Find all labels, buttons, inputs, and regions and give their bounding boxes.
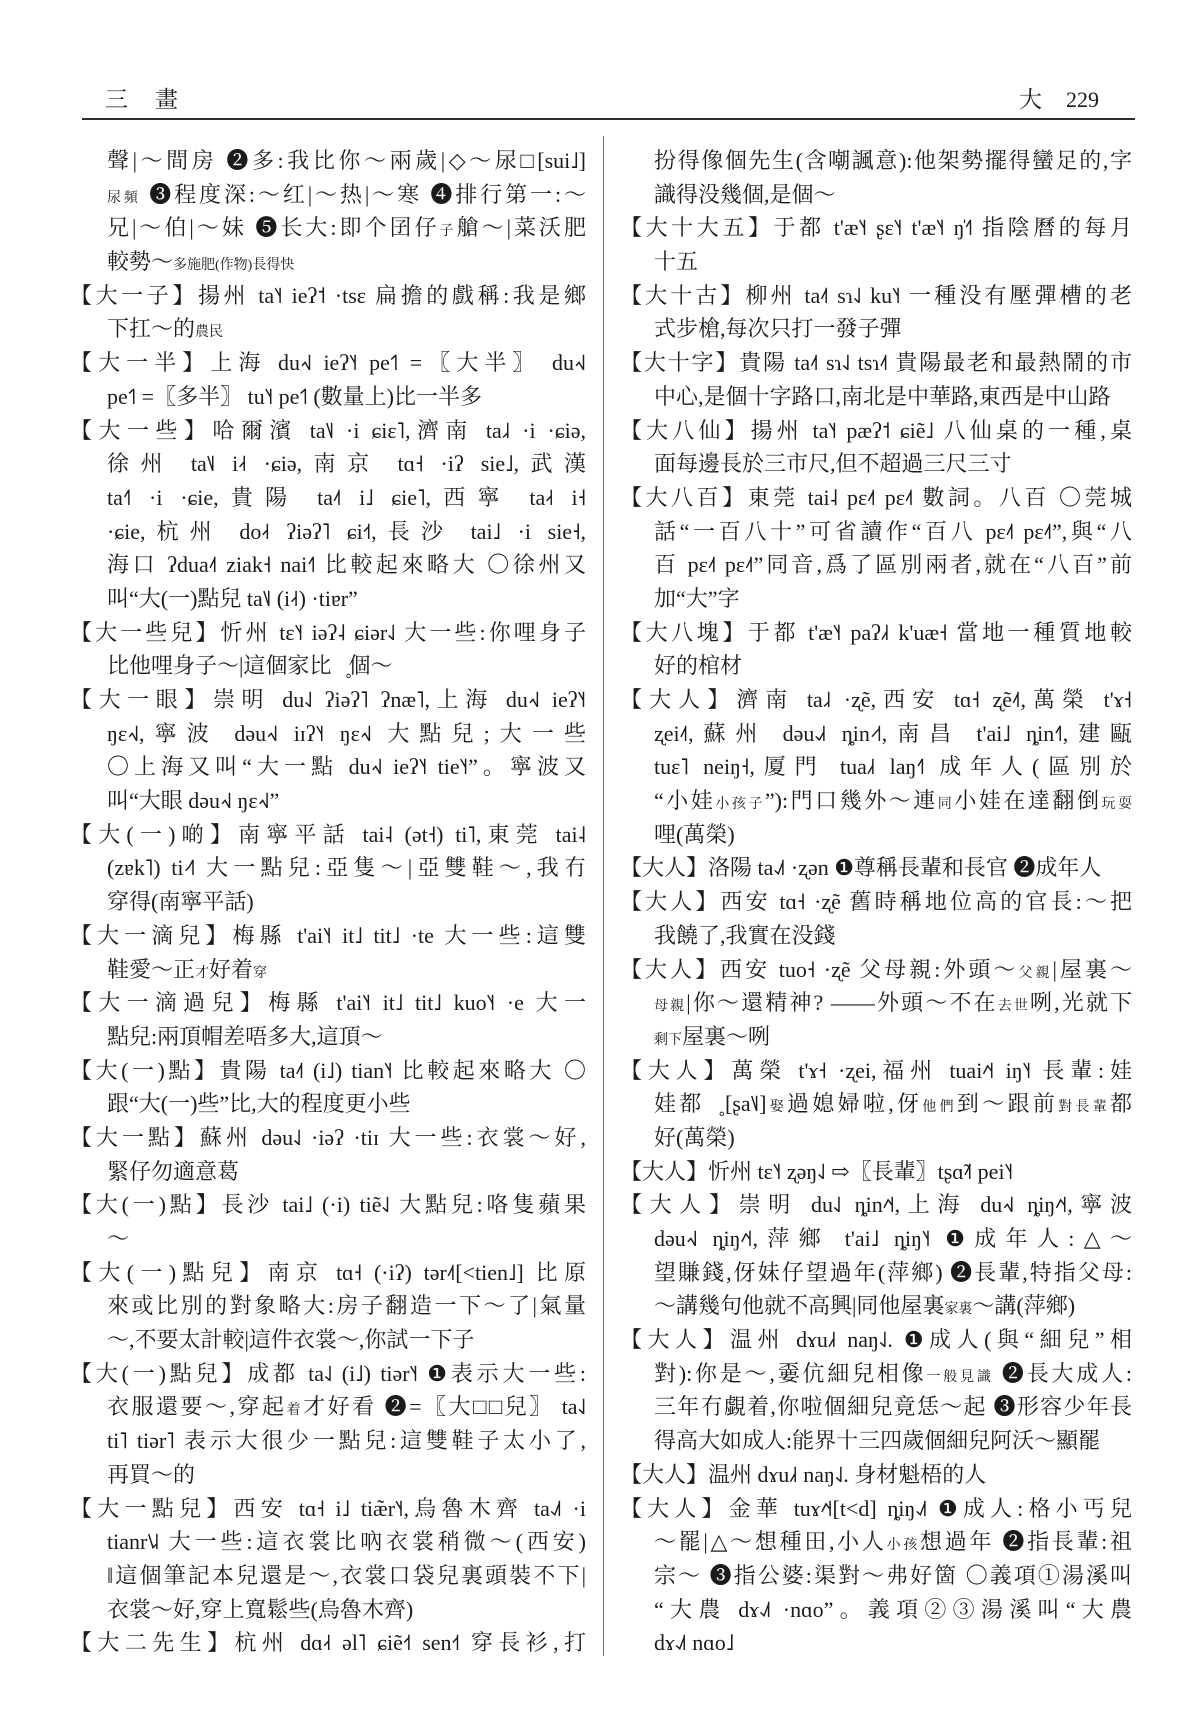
entry-line: 加“大”字 — [620, 582, 1132, 616]
headword-close-bracket: 】 — [194, 1058, 220, 1083]
headword-close-bracket: 】 — [239, 1260, 267, 1285]
headword-open-bracket: 【 — [70, 1630, 97, 1655]
entry-line: 十五 — [620, 245, 1132, 279]
gloss-note: 娶 — [766, 1100, 787, 1115]
entry-line: 【大八塊】于都 t'æ˥˧ paʔ˩˧ k'uæ˧ 當地一種質地較 — [620, 616, 1132, 650]
entry-line: 再買～的 — [70, 1458, 586, 1492]
headword-open-bracket: 【 — [70, 350, 98, 375]
entry-line: 【大人】温州 dɤu˩˧ naŋ˨˩. 身材魁梧的人 — [620, 1458, 1132, 1492]
entry-line: 【大一些】哈爾濱 ta˥˩ ·i ɕiɛ˥,濟南 ta˩˨ ·i ·ɕiə, — [70, 414, 586, 448]
entry-line: 【大(一)點】長沙 tai˩ (·i) tiẽ˨˩ 大點兒:咯隻蘋果 — [70, 1188, 586, 1222]
dictionary-entry: 【大人】金華 tuɤ˨˦˧[t<d] ȵiŋ˨˩˦ ❶成人:格小丐兒～罷|△～想… — [620, 1492, 1132, 1660]
entry-line: 【大人】濟南 ta˩˨ ·ʐẽ,西安 tɑ˧ ʐẽ˨˦,萬榮 t'ɤ˧ — [620, 683, 1132, 717]
entry-headword: 【大(一)啲】 — [70, 822, 238, 847]
entry-line: 穿得(南寧平話) — [70, 885, 586, 919]
entry-line: 【大人】洛陽 ta˨˩˦ ·ʐən ❶尊稱長輩和長官 ❷成年人 — [620, 851, 1132, 885]
entry-line: 徐州 ta˥˩ i˨˧ ·ɕiə,南京 tɑ˧ ·iʔ sie˩,武漢 — [70, 447, 586, 481]
headword-open-bracket: 【 — [620, 1058, 648, 1083]
entry-line: 緊仔勿適意葛 — [70, 1155, 586, 1189]
dictionary-entry: 【大人】崇明 du˨˩ ȵin˨˦˧,上海 du˨˧˩ ȵiŋ˨˦˧,寧波dəu… — [620, 1188, 1132, 1323]
headword-close-bracket: 】 — [704, 1058, 732, 1083]
entry-line: 【大一子】揚州 ta˥˧ ieʔ˦ ·tsɛ 扁擔的戲稱:我是鄉 — [70, 279, 586, 313]
entry-line: 百 pɛ˨˦ pɛ˨˦”同音,爲了區別兩者,就在“八百”前 — [620, 548, 1132, 582]
headword-close-bracket: 】 — [240, 990, 268, 1015]
headword-open-bracket: 【 — [620, 620, 646, 645]
headword-open-bracket: 【 — [70, 822, 98, 847]
entry-line: 式步槍,每次只打一發子彈 — [620, 312, 1132, 346]
headword-close-bracket: 】 — [174, 1125, 200, 1150]
gloss-note: 才 — [195, 966, 209, 981]
headword-text: 大人 — [645, 889, 695, 914]
entry-continuation: 聲|～間房 ❷多:我比你～兩歲|◇～尿□[sui˩]尿頻 ❸程度深:～红|～热|… — [70, 144, 586, 279]
entry-line: 【大一點兒】西安 tɑ˧ i˩ tiæ̃r˥˧,烏魯木齊 ta˨˩˦ ·i — [70, 1492, 586, 1526]
entry-headword: 【大人】 — [620, 687, 736, 712]
entry-line: 面每邊長於三市尺,但不超過三尺三寸 — [620, 447, 1132, 481]
dictionary-entry: 【大(一)點】長沙 tai˩ (·i) tiẽ˨˩ 大點兒:咯隻蘋果～ — [70, 1188, 586, 1255]
entry-line: 比他哩身子～|這個家比未̥個～ — [70, 649, 586, 683]
headword-text: 大人 — [649, 687, 707, 712]
gloss-note: 農民 — [195, 325, 223, 340]
entry-line: 【大八仙】揚州 ta˥˧ pæʔ˦ ɕiẽ˩ 八仙桌的一種,桌 — [620, 414, 1132, 448]
entry-headword: 【大八百】 — [620, 485, 748, 510]
headword-text: 大一子 — [96, 283, 173, 308]
entry-line: ti˥ tiər˥ 表示大很少一點兒:這雙鞋子太小了, — [70, 1424, 586, 1458]
headword-open-bracket: 【 — [620, 687, 649, 712]
headword-text: 大一些 — [98, 418, 183, 443]
dictionary-entry: 【大(一)點兒】成都 ta˨˩ (i˩) tiər˥˧ ❶表示大一些:衣服還要～… — [70, 1357, 586, 1492]
entry-headword: 【大人】 — [620, 1496, 729, 1521]
entry-line: 衣服還要～,穿起着才好看 ❷=〖大□□兒〗 ta˨˩ — [70, 1390, 586, 1424]
entry-headword: 【大人】 — [620, 1159, 708, 1184]
entry-line: 宗～ ❸指公婆:渠對～弗好箇 〇義項①湯溪叫 — [620, 1559, 1132, 1593]
dictionary-entry: 【大人】西安 tɑ˧ ·ʐẽ 舊時稱地位高的官長:～把我饒了,我實在没錢 — [620, 885, 1132, 952]
headword-text: 大人 — [642, 1159, 686, 1184]
entry-headword: 【大八塊】 — [620, 620, 748, 645]
entry-line: 點兒:兩頂帽差唔多大,這頂～ — [70, 1020, 586, 1054]
entry-line: 剩下屋裏～咧 — [620, 1020, 1132, 1054]
entry-line: 【大十古】柳州 ta˨˦ sɿ˨˩ ku˥˧ 一種没有壓彈槽的老 — [620, 279, 1132, 313]
headword-open-bracket: 【 — [70, 1496, 97, 1521]
entry-headword: 【大十古】 — [620, 283, 746, 308]
headword-close-bracket: 】 — [207, 1630, 234, 1655]
entry-line: tianr˥˩˨ 大一些:這衣裳比吶衣裳稍微～(西安) — [70, 1525, 586, 1559]
headword-text: 大人 — [647, 1496, 701, 1521]
headword-close-bracket: 】 — [707, 687, 736, 712]
entry-line: 叫“大(一)點兒 ta˥˩ (i˨˧) ·tiɐr” — [70, 582, 586, 616]
entry-line: 兄|～伯|～妹 ❺长大:即个囝仔子艙～|菜沃肥 — [70, 211, 586, 245]
headword-text: 大(一)點兒 — [96, 1361, 222, 1386]
dictionary-entry: 【大人】濟南 ta˩˨ ·ʐẽ,西安 tɑ˧ ʐẽ˨˦,萬榮 t'ɤ˧ʐei˨˦… — [620, 683, 1132, 851]
entry-headword: 【大一些】 — [70, 418, 212, 443]
headword-text: 大一滴兒 — [97, 923, 205, 948]
headword-text: 大十大五 — [646, 215, 748, 240]
headword-open-bracket: 【 — [620, 350, 644, 375]
headword-close-bracket: 】 — [695, 957, 720, 982]
dictionary-entry: 【大一些兒】忻州 tɛ˥˧ iəʔ˨ ɕiər˨˩ 大一些:你哩身子比他哩身子～… — [70, 616, 586, 683]
dictionary-entry: 【大人】西安 tuo˧ ·ʐẽ 父母親:外頭～父親|屋裏～母親|你～還精神? —… — [620, 953, 1132, 1054]
dictionary-entry: 【大八仙】揚州 ta˥˧ pæʔ˦ ɕiẽ˩ 八仙桌的一種,桌面每邊長於三市尺,… — [620, 414, 1132, 481]
headword-open-bracket: 【 — [620, 957, 645, 982]
gloss-note: 多施肥(作物)長得快 — [173, 258, 294, 273]
entry-line: 來或比別的對象略大:房子翻造一下～了|氣量 — [70, 1289, 586, 1323]
entry-line: pe˦˥ =〖多半〗 tu˥˧ pe˦˥ (數量上)比一半多 — [70, 380, 586, 414]
entry-line: tuɛ˥ neiŋ˧,厦門 tua˩˧ laŋ˧˥ 成年人(區別於 — [620, 750, 1132, 784]
entry-line: 哩(萬榮) — [620, 818, 1132, 852]
headword-text: 大八塊 — [646, 620, 723, 645]
headword-open-bracket: 【 — [70, 1260, 98, 1285]
headword-text: 大一點兒 — [97, 1496, 206, 1521]
headword-close-bracket: 】 — [195, 620, 220, 645]
headword-open-bracket: 【 — [70, 1125, 96, 1150]
entry-headword: 【大人】 — [620, 889, 721, 914]
dictionary-entry: 【大十古】柳州 ta˨˦ sɿ˨˩ ku˥˧ 一種没有壓彈槽的老式步槍,每次只打… — [620, 279, 1132, 346]
headword-text: 大一半 — [98, 350, 182, 375]
headword-text: 大(一)點兒 — [98, 1260, 239, 1285]
entry-line: 【大(一)啲】南寧平話 tai˨ (ət˧) ti˥,東莞 tai˨ — [70, 818, 586, 852]
headword-close-bracket: 】 — [720, 283, 745, 308]
dictionary-entry: 【大人】萬榮 t'ɤ˧ ·ʐei,福州 tuai˨˦˧ iŋ˥˧ 長輩:娃娃都生… — [620, 1054, 1132, 1155]
dictionary-entry: 【大一眼】崇明 du˨˩ ʔiəʔ˥ ʔnæ˥,上海 du˨˧˩ ieʔ˥˧ŋɛ… — [70, 683, 586, 818]
headword-close-bracket: 】 — [686, 1159, 708, 1184]
headword-open-bracket: 【 — [620, 418, 646, 443]
dictionary-entry: 【大八百】東莞 tai˨ pɛ˨˦ pɛ˨˦ 數詞。八百 〇莞城話“一百八十”可… — [620, 481, 1132, 616]
entry-headword: 【大人】 — [620, 1462, 708, 1487]
header-rule — [82, 118, 1135, 120]
entry-line: 扮得像個先生(含嘲諷意):他架勢擺得蠻足的,字 — [620, 144, 1132, 178]
entry-line: 望賺錢,伢妹仔望過年(萍鄉) ❷長輩,特指父母: — [620, 1256, 1132, 1290]
gloss-note: 同 — [938, 797, 955, 812]
headword-close-bracket: 】 — [205, 923, 232, 948]
headword-close-bracket: 】 — [182, 350, 210, 375]
headword-close-bracket: 】 — [172, 283, 198, 308]
entry-headword: 【大人】 — [620, 855, 708, 880]
headword-close-bracket: 】 — [725, 418, 751, 443]
dictionary-entry: 【大一些】哈爾濱 ta˥˩ ·i ɕiɛ˥,濟南 ta˩˨ ·i ·ɕiə,徐州… — [70, 414, 586, 616]
entry-headword: 【大(一)點】 — [70, 1058, 219, 1083]
entry-line: ～ — [70, 1222, 586, 1256]
dictionary-entry: 【大一點兒】西安 tɑ˧ i˩ tiæ̃r˥˧,烏魯木齊 ta˨˩˦ ·itia… — [70, 1492, 586, 1627]
headword-open-bracket: 【 — [70, 620, 95, 645]
entry-line: 【大人】西安 tuo˧ ·ʐẽ 父母親:外頭～父親|屋裏～ — [620, 953, 1132, 987]
headword-close-bracket: 】 — [695, 889, 720, 914]
entry-line: 【大(一)點】貴陽 ta˨˦ (i˩) tian˥˧ 比較起來略大 〇 — [70, 1054, 586, 1088]
headword-open-bracket: 【 — [620, 1327, 648, 1352]
headword-close-bracket: 】 — [196, 1192, 222, 1217]
entry-line: 【大一點】蘇州 dəu˨˩ ·iəʔ ·tiɪ 大一些:衣裳～好, — [70, 1121, 586, 1155]
entry-line: “小娃小孩子”):門口幾外～連同小娃在達翻倒玩耍 — [620, 784, 1132, 818]
dictionary-entry: 【大人】洛陽 ta˨˩˦ ·ʐən ❶尊稱長輩和長官 ❷成年人 — [620, 851, 1132, 885]
headword-text: 大一滴過兒 — [98, 990, 239, 1015]
entry-line: 海口 ʔdua˨˦ ziak˧ nai˧˥ 比較起來略大 〇徐州又 — [70, 548, 586, 582]
entry-line: 【大一些兒】忻州 tɛ˥˧ iəʔ˨ ɕiər˨˩ 大一些:你哩身子 — [70, 616, 586, 650]
headword-open-bracket: 【 — [70, 687, 99, 712]
headword-text: 大一眼 — [99, 687, 185, 712]
entry-line: dɤ˨˩˦ nɑo˩ — [620, 1626, 1132, 1660]
headword-text: 大(一)點 — [96, 1058, 194, 1083]
headword-open-bracket: 【 — [620, 1496, 647, 1521]
entry-continuation: 扮得像個先生(含嘲諷意):他架勢擺得蠻足的,字識得没幾個,是個～ — [620, 144, 1132, 211]
entry-line: ～講幾句他就不高興|同他屋裏家裏～講(萍鄉) — [620, 1289, 1132, 1323]
gloss-note: 剩下 — [654, 1033, 682, 1048]
headword-open-bracket: 【 — [620, 485, 646, 510]
entry-line: 衣裳～好,穿上寬鬆些(烏魯木齊) — [70, 1593, 586, 1627]
entry-headword: 【大一點兒】 — [70, 1496, 234, 1521]
headword-open-bracket: 【 — [70, 1361, 96, 1386]
headword-open-bracket: 【 — [620, 283, 645, 308]
entry-line: 跟“大(一)些”比,大的程度更小些 — [70, 1087, 586, 1121]
entry-line: 好(萬榮) — [620, 1121, 1132, 1155]
headword-text: 大人 — [642, 855, 686, 880]
headword-open-bracket: 【 — [620, 1159, 642, 1184]
entry-headword: 【大一點】 — [70, 1125, 200, 1150]
headword-open-bracket: 【 — [70, 1192, 96, 1217]
entry-headword: 【大一子】 — [70, 283, 198, 308]
entry-line: 【大二先生】杭州 dɑ˨˧ əl˥ ɕiẽ˧˦ sen˧˦ 穿長衫,打 — [70, 1626, 586, 1660]
headword-close-bracket: 】 — [702, 1496, 729, 1521]
headword-text: 大人 — [645, 957, 695, 982]
gloss-note: 小孩子 — [715, 797, 765, 812]
entry-headword: 【大一眼】 — [70, 687, 213, 712]
headword-close-bracket: 】 — [748, 215, 774, 240]
headword-close-bracket: 】 — [703, 1327, 731, 1352]
entry-line: ta˧˥ ·i ·ɕie,貴陽 ta˨˦ i˩ ɕie˥,西寧 ta˨˧ i˧ — [70, 481, 586, 515]
dictionary-entry: 【大二先生】杭州 dɑ˨˧ əl˥ ɕiẽ˧˦ sen˧˦ 穿長衫,打 — [70, 1626, 586, 1660]
entry-line: “大農 dɤ˨˩˦ ·nɑo”。義項②③湯溪叫“大農 — [620, 1593, 1132, 1627]
running-head-section: 三 畫 — [105, 86, 180, 114]
entry-line: 娃都生̥[ʂa˥˩]娶過媳婦啦,伢他們到～跟前對長輩都 — [620, 1087, 1132, 1121]
entry-line: 對):你是～,嫑伉細兒相像一般見識 ❷長大成人: — [620, 1357, 1132, 1391]
dictionary-entry: 【大一滴兒】梅縣 t'ai˥˧ it˩ tit˩ ·te 大一些:這雙鞋愛～正才… — [70, 919, 586, 986]
headword-close-bracket: 】 — [686, 1462, 708, 1487]
headword-text: 大(一)啲 — [98, 822, 210, 847]
gloss-note: 對長輩 — [1058, 1100, 1110, 1115]
headword-close-bracket: 】 — [686, 855, 708, 880]
entry-line: ʐei˨˦,蘇州 dəu˨˩˧ ȵin˨˧˦,南昌 t'ai˩ ȵin˧˥,建甌 — [620, 717, 1132, 751]
gloss-note: 父親 — [1018, 966, 1052, 981]
headword-open-bracket: 【 — [70, 418, 98, 443]
left-column: 聲|～間房 ❷多:我比你～兩歲|◇～尿□[sui˩]尿頻 ❸程度深:～红|～热|… — [70, 144, 586, 1660]
entry-line: 【大人】萬榮 t'ɤ˧ ·ʐei,福州 tuai˨˦˧ iŋ˥˧ 長輩:娃 — [620, 1054, 1132, 1088]
entry-line: 【大人】金華 tuɤ˨˦˧[t<d] ȵiŋ˨˩˦ ❶成人:格小丐兒 — [620, 1492, 1132, 1526]
entry-headword: 【大十字】 — [620, 350, 739, 375]
headword-close-bracket: 】 — [221, 1361, 247, 1386]
gloss-note: 着 — [287, 1403, 304, 1418]
gloss-note: 家裏 — [944, 1302, 972, 1317]
entry-line: 識得没幾個,是個～ — [620, 178, 1132, 212]
dictionary-entry: 【大一半】上海 du˨˧˩ ieʔ˥˧ pe˦˥ =〖大半〗 du˨˧˩pe˦˥… — [70, 346, 586, 413]
entry-line: 【大人】西安 tɑ˧ ·ʐẽ 舊時稱地位高的官長:～把 — [620, 885, 1132, 919]
entry-line: 三年冇覷着,你啦個細兒竟恁～起 ❸形容少年長 — [620, 1390, 1132, 1424]
entry-line: 較勢～多施肥(作物)長得快 — [70, 245, 586, 279]
headword-close-bracket: 】 — [210, 822, 238, 847]
entry-line: 【大八百】東莞 tai˨ pɛ˨˦ pɛ˨˦ 數詞。八百 〇莞城 — [620, 481, 1132, 515]
entry-headword: 【大一半】 — [70, 350, 210, 375]
entry-line: 中心,是個十字路口,南北是中華路,東西是中山路 — [620, 380, 1132, 414]
gloss-note: 玩耍 — [1101, 797, 1132, 812]
dictionary-entry: 【大(一)點】貴陽 ta˨˦ (i˩) tian˥˧ 比較起來略大 〇跟“大(一… — [70, 1054, 586, 1121]
entry-line: 聲|～間房 ❷多:我比你～兩歲|◇～尿□[sui˩] — [70, 144, 586, 178]
headword-text: 大二先生 — [97, 1630, 207, 1655]
dictionary-entry: 【大一點】蘇州 dəu˨˩ ·iəʔ ·tiɪ 大一些:衣裳～好,緊仔勿適意葛 — [70, 1121, 586, 1188]
entry-line: ŋɛ˨˧˩,寧波 dəu˨˧˩ iɪʔ˥˧ ŋɛ˨˧˩ 大點兒;大一些 — [70, 717, 586, 751]
entry-line: 【大一眼】崇明 du˨˩ ʔiəʔ˥ ʔnæ˥,上海 du˨˧˩ ieʔ˥˧ — [70, 683, 586, 717]
entry-line: 【大一滴兒】梅縣 t'ai˥˧ it˩ tit˩ ·te 大一些:這雙 — [70, 919, 586, 953]
headword-text: 大(一)點 — [96, 1192, 196, 1217]
entry-headword: 【大人】 — [620, 1058, 731, 1083]
entry-line: ～罷|△～想種田,小人小孩想過年 ❷指長輩:祖 — [620, 1525, 1132, 1559]
entry-line: 好的棺材 — [620, 649, 1132, 683]
entry-line: 【大十字】貴陽 ta˨˦ sɿ˨˩ tsɿ˨˦ 貴陽最老和最熱鬧的市 — [620, 346, 1132, 380]
headword-close-bracket: 】 — [722, 485, 748, 510]
entry-line: 我饒了,我實在没錢 — [620, 919, 1132, 953]
entry-line: dəu˨˧˩ ȵiŋ˨˦˧,萍鄉 t'ai˩ ȵiŋ˥˧ ❶成年人:△～ — [620, 1222, 1132, 1256]
gloss-note: 尿頻 — [107, 191, 141, 206]
entry-headword: 【大(一)點兒】 — [70, 1361, 247, 1386]
headword-close-bracket: 】 — [184, 418, 212, 443]
entry-line: 鞋愛～正才好着穿 — [70, 953, 586, 987]
headword-open-bracket: 【 — [70, 923, 97, 948]
headword-open-bracket: 【 — [70, 990, 98, 1015]
dictionary-entry: 【大十字】貴陽 ta˨˦ sɿ˨˩ tsɿ˨˦ 貴陽最老和最熱鬧的市中心,是個十… — [620, 346, 1132, 413]
headword-open-bracket: 【 — [70, 283, 96, 308]
headword-open-bracket: 【 — [620, 1462, 642, 1487]
entry-line: 下扛～的農民 — [70, 312, 586, 346]
entry-headword: 【大一滴過兒】 — [70, 990, 268, 1015]
entry-line: 【大(一)點兒】南京 tɑ˧ (·iʔ) tər˨˦[<tien˩] 比原 — [70, 1256, 586, 1290]
headword-open-bracket: 【 — [70, 1058, 96, 1083]
headword-open-bracket: 【 — [620, 855, 642, 880]
entry-headword: 【大一滴兒】 — [70, 923, 232, 948]
entry-headword: 【大(一)點】 — [70, 1192, 221, 1217]
entry-line: (zɐk˥) ti˨˧˥ 大一點兒:亞隻～|亞雙鞋～,我冇 — [70, 851, 586, 885]
entry-line: 得高大如成人:能界十三四歲個細兒阿沃～顯罷 — [620, 1424, 1132, 1458]
gloss-note: 穿 — [253, 966, 267, 981]
gloss-note: 子 — [440, 224, 457, 239]
gloss-note: 他們 — [922, 1100, 957, 1115]
headword-close-bracket: 】 — [206, 1496, 233, 1521]
entry-line: 【大人】温州 dɤu˩˧ naŋ˨˩. ❶成人(與“細兒”相 — [620, 1323, 1132, 1357]
entry-headword: 【大人】 — [620, 1192, 739, 1217]
headword-text: 大一點 — [96, 1125, 174, 1150]
headword-text: 大人 — [650, 1192, 709, 1217]
entry-line: 【大一半】上海 du˨˧˩ ieʔ˥˧ pe˦˥ =〖大半〗 du˨˧˩ — [70, 346, 586, 380]
page-number: 229 — [1066, 86, 1099, 114]
headword-close-bracket: 】 — [184, 687, 213, 712]
entry-line: 〇上海又叫“大一點 du˨˧˩ ieʔ˥˧ tie˥˧”。寧波又 — [70, 750, 586, 784]
gloss-note: 去世 — [998, 999, 1030, 1014]
headword-text: 大一些兒 — [95, 620, 195, 645]
dictionary-entry: 【大一滴過兒】梅縣 t'ai˥˧ it˩ tit˩ kuo˥˧ ·e 大一點兒:… — [70, 986, 586, 1053]
headword-close-bracket: 】 — [722, 620, 748, 645]
headword-text: 大八百 — [646, 485, 723, 510]
dictionary-entry: 【大一子】揚州 ta˥˧ ieʔ˦ ·tsɛ 扁擔的戲稱:我是鄉下扛～的農民 — [70, 279, 586, 346]
headword-close-bracket: 】 — [709, 1192, 739, 1217]
entry-line: ～,不要太計較|這件衣裳～,你試一下子 — [70, 1323, 586, 1357]
headword-close-bracket: 】 — [715, 350, 739, 375]
dictionary-entry: 【大(一)點兒】南京 tɑ˧ (·iʔ) tər˨˦[<tien˩] 比原來或比… — [70, 1256, 586, 1357]
dictionary-entry: 【大人】温州 dɤu˩˧ naŋ˨˩. 身材魁梧的人 — [620, 1458, 1132, 1492]
headword-open-bracket: 【 — [620, 889, 645, 914]
dictionary-entry: 【大人】温州 dɤu˩˧ naŋ˨˩. ❶成人(與“細兒”相對):你是～,嫑伉細… — [620, 1323, 1132, 1458]
entry-line: 【大人】崇明 du˨˩ ȵin˨˦˧,上海 du˨˧˩ ȵiŋ˨˦˧,寧波 — [620, 1188, 1132, 1222]
entry-line: 【大一滴過兒】梅縣 t'ai˥˧ it˩ tit˩ kuo˥˧ ·e 大一 — [70, 986, 586, 1020]
headword-text: 大十古 — [645, 283, 720, 308]
headword-open-bracket: 【 — [620, 1192, 650, 1217]
gloss-note: 小孩 — [887, 1538, 920, 1553]
entry-line: 叫“大眼 dəu˨˧˩ ŋɛ˨˧˩” — [70, 784, 586, 818]
dictionary-entry: 【大人】忻州 tɛ˥˧ ʐəŋ˨˩ ⇨〖長輩〗tʂɑ̃˨˦ pei˥˧ — [620, 1155, 1132, 1189]
entry-headword: 【大人】 — [620, 957, 720, 982]
entry-headword: 【大八仙】 — [620, 418, 751, 443]
entry-headword: 【大一些兒】 — [70, 620, 221, 645]
running-head-guide-char: 大 — [1019, 86, 1042, 114]
headword-text: 大人 — [642, 1462, 686, 1487]
column-divider — [603, 136, 604, 1656]
dictionary-entry: 【大十大五】于都 t'æ˥˧ ʂɛ˥˧ t'æ˥˧ ŋ̍˧˥ 指陰曆的每月十五 — [620, 211, 1132, 278]
gloss-note: 一般見識 — [926, 1370, 993, 1385]
entry-line: 話“一百八十”可省讀作“百八 pɛ˨˦ pɛ˨˦”,與“八 — [620, 515, 1132, 549]
entry-headword: 【大(一)點兒】 — [70, 1260, 268, 1285]
entry-line: 尿頻 ❸程度深:～红|～热|～寒 ❹排行第一:～ — [70, 178, 586, 212]
entry-line: ‖這個筆記本兒還是～,衣裳口袋兒裏頭裝不下| — [70, 1559, 586, 1593]
headword-text: 大十字 — [644, 350, 716, 375]
entry-line: 母親|你～還精神? ——外頭～不在去世咧,光就下 — [620, 986, 1132, 1020]
headword-open-bracket: 【 — [620, 215, 646, 240]
dictionary-page: 三 畫 大 229 聲|～間房 ❷多:我比你～兩歲|◇～尿□[sui˩]尿頻 ❸… — [0, 0, 1200, 1724]
right-column: 扮得像個先生(含嘲諷意):他架勢擺得蠻足的,字識得没幾個,是個～【大十大五】于都… — [620, 144, 1132, 1660]
entry-line: 【大(一)點兒】成都 ta˨˩ (i˩) tiər˥˧ ❶表示大一些: — [70, 1357, 586, 1391]
headword-text: 大人 — [648, 1327, 703, 1352]
entry-headword: 【大人】 — [620, 1327, 730, 1352]
gloss-note: 母親 — [654, 999, 686, 1014]
entry-line: ·ɕie,杭州 do˨˧ ʔiəʔ˥ ɕi˧˦,長沙 tai˩ ·i sie˧, — [70, 515, 586, 549]
headword-text: 大八仙 — [646, 418, 724, 443]
entry-line: 【大人】忻州 tɛ˥˧ ʐəŋ˨˩ ⇨〖長輩〗tʂɑ̃˨˦ pei˥˧ — [620, 1155, 1132, 1189]
headword-text: 大人 — [648, 1058, 704, 1083]
entry-line: 【大十大五】于都 t'æ˥˧ ʂɛ˥˧ t'æ˥˧ ŋ̍˧˥ 指陰曆的每月 — [620, 211, 1132, 245]
entry-headword: 【大二先生】 — [70, 1630, 234, 1655]
dictionary-entry: 【大八塊】于都 t'æ˥˧ paʔ˩˧ k'uæ˧ 當地一種質地較好的棺材 — [620, 616, 1132, 683]
dictionary-entry: 【大(一)啲】南寧平話 tai˨ (ət˧) ti˥,東莞 tai˨(zɐk˥)… — [70, 818, 586, 919]
entry-headword: 【大十大五】 — [620, 215, 774, 240]
